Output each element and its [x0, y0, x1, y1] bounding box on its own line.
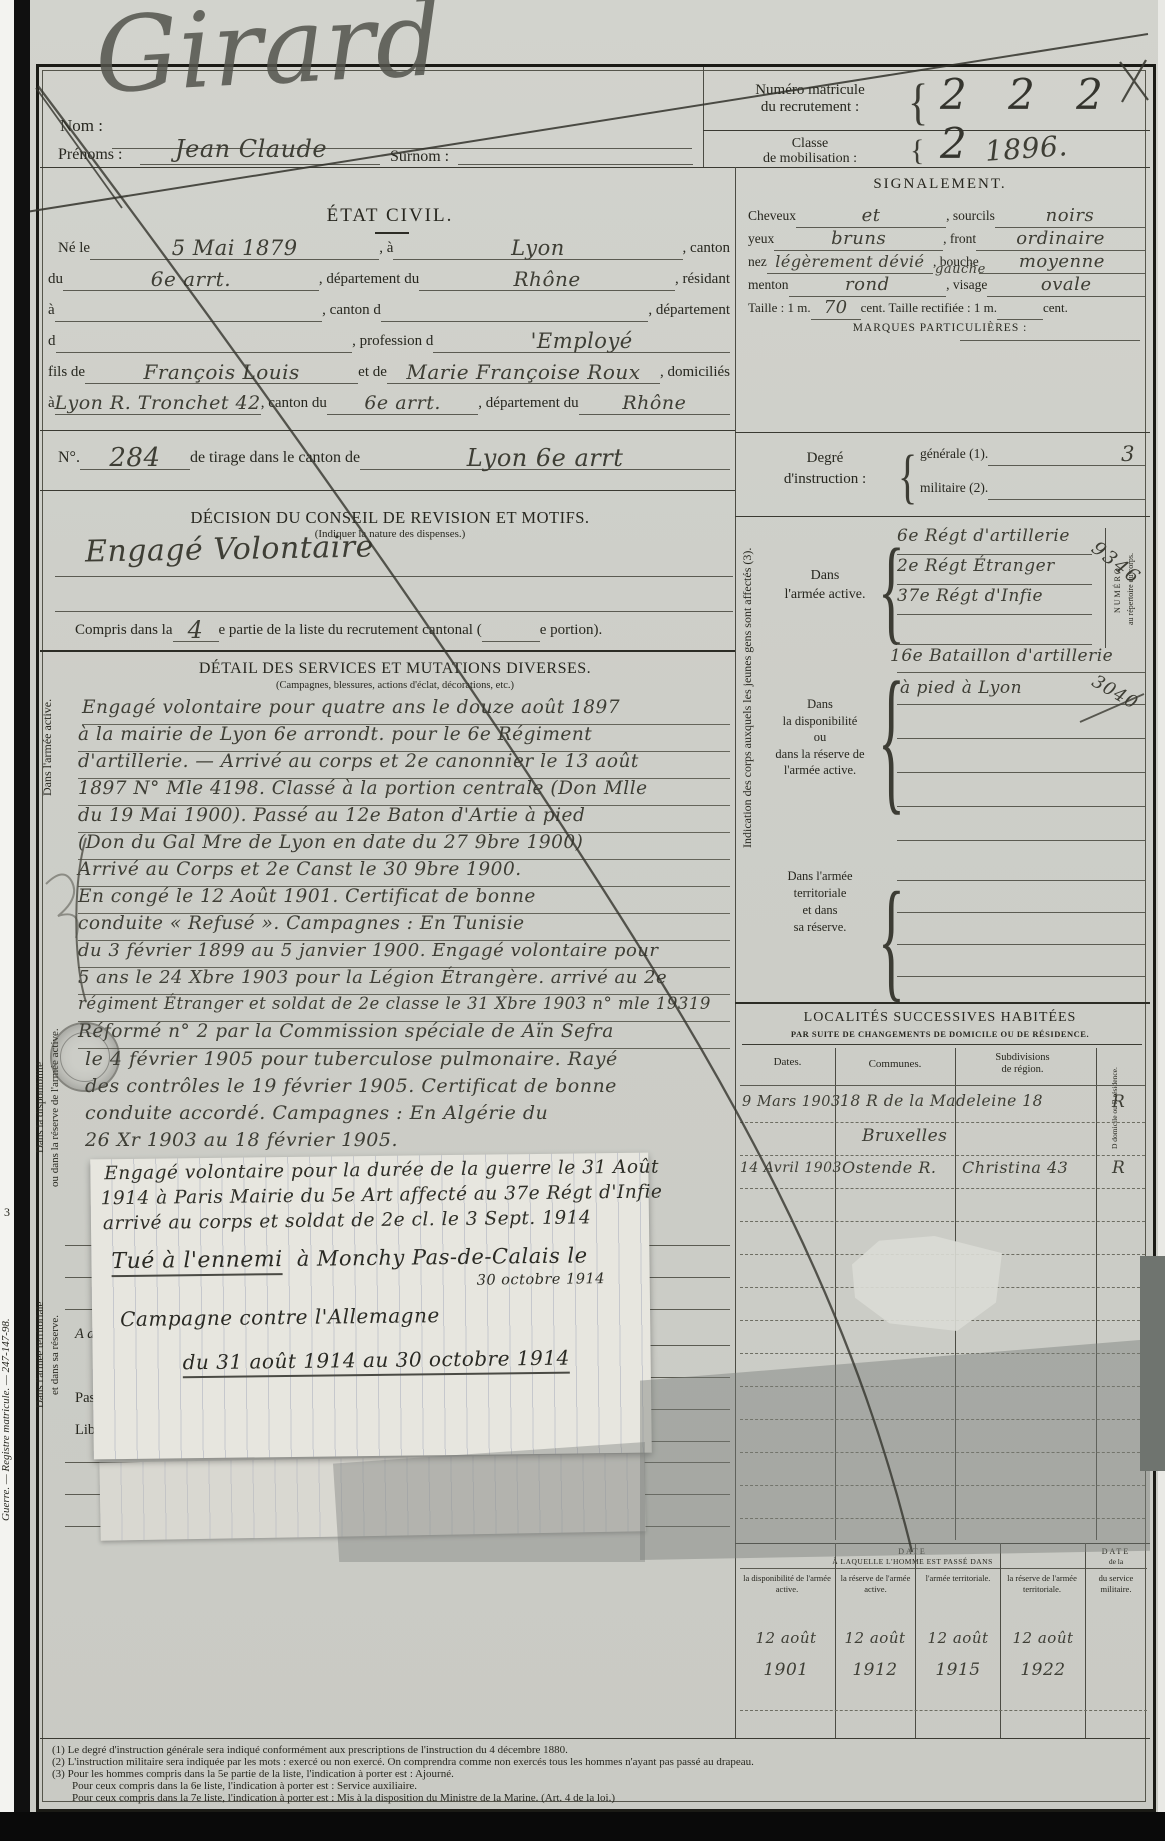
ec-line2: du 6e arrt. , département du Rhône , rés…	[48, 267, 730, 291]
decision-line2	[55, 611, 733, 612]
gauche-annotation: gauche	[935, 262, 986, 277]
domicilies-label: , domiciliés	[660, 360, 730, 384]
passage-header-span: À LAQUELLE L'HOMME EST PASSÉ DANS	[740, 1557, 1085, 1566]
services-line: régiment Étranger et soldat de 2e classe…	[78, 994, 730, 1022]
et-de-label: et de	[358, 360, 387, 384]
dispo-label-line4: dans la réserve de	[775, 747, 864, 761]
margin-label-dispo-line2: ou dans la réserve de l'armée active.	[49, 985, 61, 1230]
passage-divider-3	[1000, 1543, 1001, 1738]
footnotes-top-rule	[40, 1738, 1150, 1739]
services-line: (Don du Gal Mre de Lyon en date du 27 9b…	[78, 832, 730, 860]
passage-col2-label: la réserve de l'armée active.	[838, 1573, 913, 1594]
passage-divider-2	[915, 1543, 916, 1738]
portion-blank	[482, 641, 540, 642]
compris-value: 4	[173, 619, 219, 642]
surnom-line	[458, 164, 693, 165]
armee-active-label: Dans l'armée active.	[770, 566, 880, 604]
corps-entry: 2e Régt Étranger	[897, 556, 1092, 585]
terr-label-line4: sa réserve.	[794, 920, 847, 934]
menton-value: rond	[789, 274, 947, 297]
tirage-label: de tirage dans le canton de	[190, 446, 360, 470]
sourcils-value: noirs	[995, 205, 1145, 228]
blank-rule	[897, 976, 1145, 977]
canton-label: , canton	[683, 236, 730, 260]
services-line: Réformé n° 2 par la Commission spéciale …	[78, 1021, 730, 1049]
spine-page-number: 3	[4, 1205, 10, 1220]
services-line: des contrôles le 19 février 1905. Certif…	[85, 1075, 730, 1102]
passage-date-1: 12 août 1901	[738, 1622, 834, 1686]
slip-killed-line: Tué à l'ennemi à Monchy Pas-de-Calais le	[111, 1243, 587, 1274]
passage-row-line	[740, 1710, 1147, 1711]
degre-generale-row: générale (1). 3	[920, 442, 1145, 466]
localites-r3-date: 14 Avril 1903	[740, 1160, 842, 1176]
ne-le-label: Né le	[58, 236, 90, 260]
taille-label: Taille : 1 m.	[748, 296, 811, 320]
classe-label-line1: Classe	[792, 136, 829, 151]
departement4-blank	[56, 352, 353, 353]
localites-col-subdiv-line1: Subdivisions	[995, 1052, 1049, 1063]
services-title: DÉTAIL DES SERVICES ET MUTATIONS DIVERSE…	[70, 660, 720, 678]
localites-subtitle: PAR SUITE DE CHANGEMENTS DE DOMICILE OU …	[740, 1029, 1140, 1039]
taille-rectifiee-label: cent. Taille rectifiée : 1 m.	[861, 296, 997, 320]
decision-title: DÉCISION DU CONSEIL DE REVISION ET MOTIF…	[60, 508, 720, 528]
tirage-line: N°. 284 de tirage dans le canton de Lyon…	[58, 446, 730, 470]
slip-killed-date: 30 octobre 1914	[477, 1271, 605, 1289]
blank-rule	[897, 806, 1145, 807]
degre-label-line1: Degré	[807, 450, 844, 466]
nez-value: légèrement dévié	[767, 251, 933, 274]
slip-campagne-line1: Campagne contre l'Allemagne	[120, 1303, 440, 1331]
services-line: du 19 Mai 1900). Passé au 12e Baton d'Ar…	[78, 805, 730, 833]
decision-value: Engagé Volontaire	[85, 529, 374, 569]
indication-corps-vertical-label: Indication des corps auxquels les jeunes…	[740, 525, 755, 870]
marques-blank-rule	[960, 340, 1140, 341]
passage-date-4-top: 12 août	[1012, 1629, 1073, 1647]
matricule-label-line2: du recrutement :	[761, 99, 859, 115]
services-line: Engagé volontaire pour quatre ans le dou…	[82, 697, 730, 725]
surnom-label: Surnom :	[390, 148, 449, 166]
d-label: d	[48, 329, 56, 353]
nom-label: Nom :	[60, 116, 103, 136]
nez-label: nez	[748, 250, 767, 274]
departement3-label: , département du	[478, 391, 578, 415]
header-divider	[703, 67, 704, 167]
ec-line5: fils de François Louis et de Marie Franç…	[48, 360, 730, 384]
ec-line3: à , canton d , département	[48, 298, 730, 322]
localites-title: LOCALITÉS SUCCESSIVES HABITÉES	[740, 1010, 1140, 1026]
services-line: 5 ans le 24 Xbre 1903 pour la Légion Étr…	[78, 967, 730, 995]
dispo-label-line3: ou	[814, 730, 827, 744]
matricule-label: Numéro matricule du recrutement :	[715, 82, 905, 116]
ec-line1: Né le 5 Mai 1879 , à Lyon , canton	[58, 236, 730, 260]
cheveux-value: et	[796, 205, 946, 228]
signalement-title: SIGNALEMENT.	[790, 176, 1090, 193]
margin-label-armee-active: Dans l'armée active.	[40, 660, 55, 835]
birthdate-value: 5 Mai 1879	[90, 237, 379, 260]
ec-line6: à Lyon R. Tronchet 42 , canton du 6e arr…	[48, 391, 730, 415]
passage-header-right2: de la	[1085, 1557, 1147, 1566]
ec-line4: d , profession d 'Employé	[48, 329, 730, 353]
passage-date-4: 12 août 1922	[1002, 1622, 1084, 1686]
departement-label: , département du	[319, 267, 419, 291]
localites-top-rule	[735, 1002, 1150, 1004]
compris-before-label: Compris dans la	[75, 618, 173, 642]
degre-militaire-label: militaire (2).	[920, 476, 988, 500]
localites-row-line	[740, 1221, 1145, 1222]
residence-blank	[55, 321, 322, 322]
taille-rectifiee-blank	[997, 319, 1043, 320]
dispo-entry2: à pied à Lyon	[900, 678, 1022, 698]
services-subtitle: (Campagnes, blessures, actions d'éclat, …	[70, 680, 720, 691]
killed-location-text: à Monchy Pas-de-Calais le	[297, 1243, 588, 1271]
front-value: ordinaire	[976, 228, 1145, 251]
dispo-label-line5: l'armée active.	[784, 763, 856, 777]
killed-in-action-underlined: Tué à l'ennemi	[111, 1247, 283, 1277]
passage-date-3: 12 août 1915	[917, 1622, 999, 1686]
blank-rule	[897, 704, 1145, 705]
residant-label: , résidant	[675, 267, 730, 291]
dispo-label-line1: Dans	[807, 697, 833, 711]
localites-col-subdiv-line2: de région.	[1002, 1064, 1044, 1075]
dispo-label-line2: la disponibilité	[783, 714, 858, 728]
passage-col4-label: la réserve de l'armée territoriale.	[1002, 1573, 1082, 1594]
slip-line2: 1914 à Paris Mairie du 5e Art affecté au…	[101, 1181, 663, 1209]
sig-line5: Taille : 1 m. 70 cent. Taille rectifiée …	[748, 296, 1145, 320]
scanned-military-register-page: Girard Nom : Prénoms : Jean Claude Surno…	[0, 0, 1165, 1841]
prenoms-label: Prénoms :	[58, 146, 122, 164]
departement-value: Rhône	[419, 268, 675, 291]
spine-imprint-text: Guerre. — Registre matricule. — 247-147-…	[0, 1240, 12, 1600]
blank-rule	[897, 912, 1145, 913]
bouche-value: moyenne	[979, 251, 1145, 274]
margin-label-dispo-line1: Dans la disponibilité	[34, 985, 46, 1230]
taille-value: 70	[811, 297, 861, 320]
services-line: Arrivé au Corps et 2e Canst le 30 9bre 1…	[78, 859, 730, 887]
margin-label-territoriale-line2: et dans sa réserve.	[49, 1262, 61, 1447]
localites-row-line	[740, 1155, 1145, 1156]
canton2-label: , canton d	[322, 298, 381, 322]
passage-date-1-year: 1901	[763, 1660, 808, 1680]
services-top-rule	[40, 650, 735, 652]
sourcils-label: , sourcils	[946, 204, 995, 228]
localites-row-line	[740, 1122, 1145, 1123]
passage-date-4-year: 1922	[1020, 1660, 1065, 1680]
localites-r2-commune: Bruxelles	[862, 1126, 947, 1146]
tirage-no-label: N°.	[58, 446, 80, 470]
degre-militaire-blank	[988, 499, 1145, 500]
localites-r3-subdiv: Christina 43	[962, 1158, 1068, 1177]
armee-active-label-line1: Dans	[811, 568, 840, 583]
campagne-dates-underlined: du 31 août 1914 au 30 octobre 1914	[183, 1346, 570, 1379]
passage-date-2: 12 août 1912	[836, 1622, 914, 1686]
visage-value: ovale	[987, 274, 1145, 297]
tirage-number-value: 284	[80, 447, 190, 470]
slip-line1: Engagé volontaire pour la durée de la gu…	[104, 1156, 659, 1184]
tirage-canton-value: Lyon 6e arrt	[360, 447, 730, 470]
terr-label-line3: et dans	[802, 903, 837, 917]
blank-rule	[897, 772, 1145, 773]
sig-line1: Cheveux et , sourcils noirs	[748, 204, 1145, 228]
passage-col3-label: l'armée territoriale.	[918, 1573, 998, 1584]
localites-col-dates: Dates.	[740, 1056, 835, 1068]
localites-col-subdivisions: Subdivisions de région.	[955, 1052, 1090, 1076]
etat-civil-title-dash	[375, 232, 409, 234]
classe-label: Classe de mobilisation :	[715, 136, 905, 166]
marques-title: MARQUES PARTICULIÈRES :	[790, 322, 1090, 334]
services-line: 1897 N° Mle 4198. Classé à la portion ce…	[78, 778, 730, 806]
corps-entry: 37e Régt d'Infie	[897, 586, 1092, 615]
footnote-2: (2) L'instruction militaire sera indiqué…	[52, 1756, 1142, 1768]
du-label: du	[48, 267, 63, 291]
matricule-label-line1: Numéro matricule	[755, 82, 865, 98]
cent-label: cent.	[1043, 296, 1068, 320]
passage-date-2-top: 12 août	[844, 1629, 905, 1647]
departement2-label: , département	[648, 298, 730, 322]
terr-label-line2: territoriale	[794, 886, 847, 900]
services-line: conduite « Refusé ». Campagnes : En Tuni…	[78, 913, 730, 941]
localites-r1-commune: 18 R de la Madeleine 18	[840, 1092, 1043, 1110]
spine-black-band	[14, 0, 30, 1814]
fils-de-label: fils de	[48, 360, 85, 384]
menton-label: menton	[748, 273, 789, 297]
sig-line2: yeux bruns , front ordinaire	[748, 227, 1145, 251]
terr-label-line1: Dans l'armée	[787, 869, 852, 883]
tirage-bottom-rule	[40, 490, 735, 491]
passage-date-1-top: 12 août	[755, 1629, 816, 1647]
classe-value: 1896.	[984, 129, 1069, 168]
localites-r1-dr: R	[1112, 1092, 1125, 1112]
stamp-inner-ring	[60, 1032, 110, 1082]
passage-divider-4	[1085, 1543, 1086, 1738]
slip-line3: arrivé au corps et soldat de 2e cl. le 3…	[103, 1207, 591, 1234]
front-label: , front	[943, 227, 976, 251]
name-signature: Girard	[92, 0, 445, 117]
etat-civil-title: ÉTAT CIVIL.	[240, 205, 540, 227]
canton3-label: , canton du	[261, 391, 327, 415]
degre-militaire-row: militaire (2).	[920, 476, 1145, 500]
classe-label-line2: de mobilisation :	[763, 151, 857, 166]
degre-top-rule	[735, 432, 1150, 433]
footnote-3: (3) Pour les hommes compris dans la 5e p…	[52, 1768, 1142, 1780]
services-line: le 4 février 1905 pour tuberculose pulmo…	[85, 1048, 730, 1075]
prenoms-line	[140, 164, 380, 165]
scan-dark-block-right	[1140, 1256, 1165, 1471]
a-label: , à	[379, 236, 393, 260]
footnote-4: Pour ceux compris dans la 6e liste, l'in…	[72, 1780, 1142, 1792]
bottom-black-band	[0, 1812, 1165, 1841]
father-name-value: François Louis	[85, 361, 358, 384]
tirage-top-rule	[40, 430, 735, 431]
services-line: conduite accordé. Campagnes : En Algérie…	[85, 1102, 730, 1129]
localites-header-underline	[740, 1085, 1145, 1086]
footnote-5: Pour ceux compris dans la 7e liste, l'in…	[72, 1792, 1142, 1804]
passage-date-3-top: 12 août	[927, 1629, 988, 1647]
glued-note-slip: Engagé volontaire pour la durée de la gu…	[90, 1153, 652, 1460]
compris-middle-label: e partie de la liste du recrutement cant…	[219, 618, 482, 642]
degre-generale-value: 3	[988, 443, 1145, 466]
blank-rule	[897, 880, 1145, 881]
footnote-1: (1) Le degré d'instruction générale sera…	[52, 1744, 1142, 1756]
degre-label: Degré d'instruction :	[760, 448, 890, 490]
departement3-value: Rhône	[579, 392, 730, 415]
canton3-value: 6e arrt.	[327, 392, 478, 415]
territoriale-label: Dans l'armée territoriale et dans sa rés…	[755, 868, 885, 936]
right-edge-strip	[1158, 0, 1165, 1814]
numero-repertoire-vertical-label2: au répertoire du corps.	[1126, 528, 1135, 650]
blank-rule	[897, 944, 1145, 945]
birthplace-value: Lyon	[393, 237, 682, 260]
services-line: à la mairie de Lyon 6e arrondt. pour le …	[78, 724, 730, 752]
circular-stamp	[50, 1022, 120, 1092]
corps-entry: 6e Régt d'artillerie	[897, 526, 1092, 555]
compris-after-label: e portion).	[540, 618, 602, 642]
profession-value: 'Employé	[433, 330, 730, 353]
localites-r3-dr: R	[1112, 1158, 1125, 1178]
prenoms-value: Jean Claude	[175, 135, 327, 163]
margin-label-territoriale-line1: Dans l'armée territoriale	[34, 1262, 46, 1447]
armee-active-label-line2: l'armée active.	[784, 587, 865, 602]
mother-name-value: Marie Françoise Roux	[387, 361, 660, 384]
disponibilite-label: Dans la disponibilité ou dans la réserve…	[755, 696, 885, 779]
compris-line: Compris dans la 4 e partie de la liste d…	[75, 618, 730, 642]
profession-label: , profession d	[352, 329, 433, 353]
degre-bottom-rule	[735, 516, 1150, 517]
blank-rule	[897, 672, 1145, 673]
degre-label-line2: d'instruction :	[784, 471, 866, 487]
services-line: d'artillerie. — Arrivé au corps et 2e ca…	[78, 751, 730, 779]
address-value: Lyon R. Tronchet 42	[55, 392, 261, 415]
blank-rule	[897, 840, 1145, 841]
passage-col1-label: la disponibilité de l'armée active.	[742, 1573, 832, 1594]
passage-col5-label: du service militaire.	[1087, 1573, 1145, 1594]
dispo-entry1: 16e Bataillon d'artillerie	[890, 646, 1113, 666]
localites-r1-date: 9 Mars 1903	[742, 1094, 841, 1110]
a3-label: à	[48, 391, 55, 415]
localites-r3-commune: Ostende R.	[842, 1158, 936, 1177]
a2-label: à	[48, 298, 55, 322]
localites-col-communes: Communes.	[835, 1058, 955, 1070]
yeux-value: bruns	[774, 228, 943, 251]
cheveux-label: Cheveux	[748, 204, 796, 228]
canton2-blank	[381, 321, 648, 322]
degre-generale-label: générale (1).	[920, 442, 988, 466]
yeux-label: yeux	[748, 227, 774, 251]
passage-date-2-year: 1912	[852, 1660, 897, 1680]
slip-campagne-line2: du 31 août 1914 au 30 octobre 1914	[183, 1346, 570, 1375]
blank-rule	[897, 644, 1092, 645]
arrondissement-value: 6e arrt.	[63, 268, 319, 291]
localites-header-rule	[742, 1044, 1142, 1045]
passage-date-3-year: 1915	[935, 1660, 980, 1680]
decision-line1	[55, 576, 733, 577]
services-line: du 3 février 1899 au 5 janvier 1900. Eng…	[78, 940, 730, 968]
blank-rule	[897, 738, 1145, 739]
services-line: En congé le 12 Août 1901. Certificat de …	[78, 886, 730, 914]
localites-row-line	[740, 1188, 1145, 1189]
